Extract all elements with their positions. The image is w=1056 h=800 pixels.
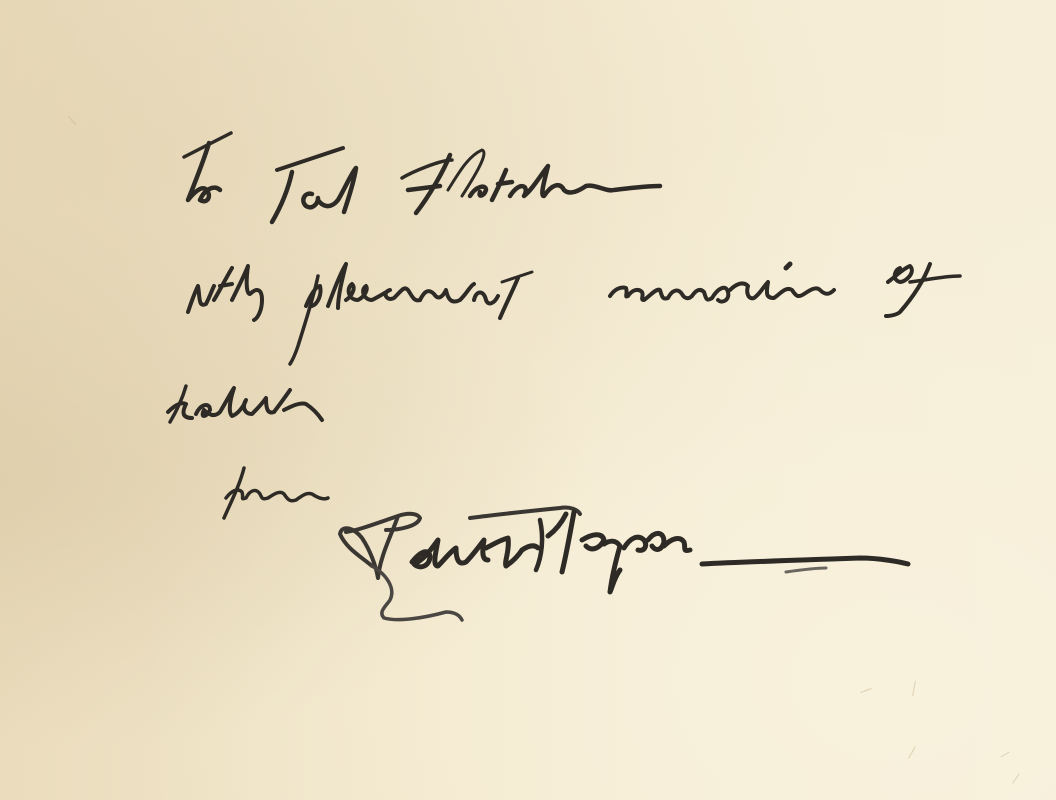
signature-robert-byron: [340, 507, 908, 620]
handwriting-line-2: [188, 264, 960, 364]
handwriting-strokes: [0, 0, 1056, 800]
ink-group: [168, 133, 960, 620]
handwriting-line-1: [184, 133, 660, 222]
handwriting-line-4: [224, 468, 328, 518]
handwriting-line-3: [168, 386, 322, 422]
